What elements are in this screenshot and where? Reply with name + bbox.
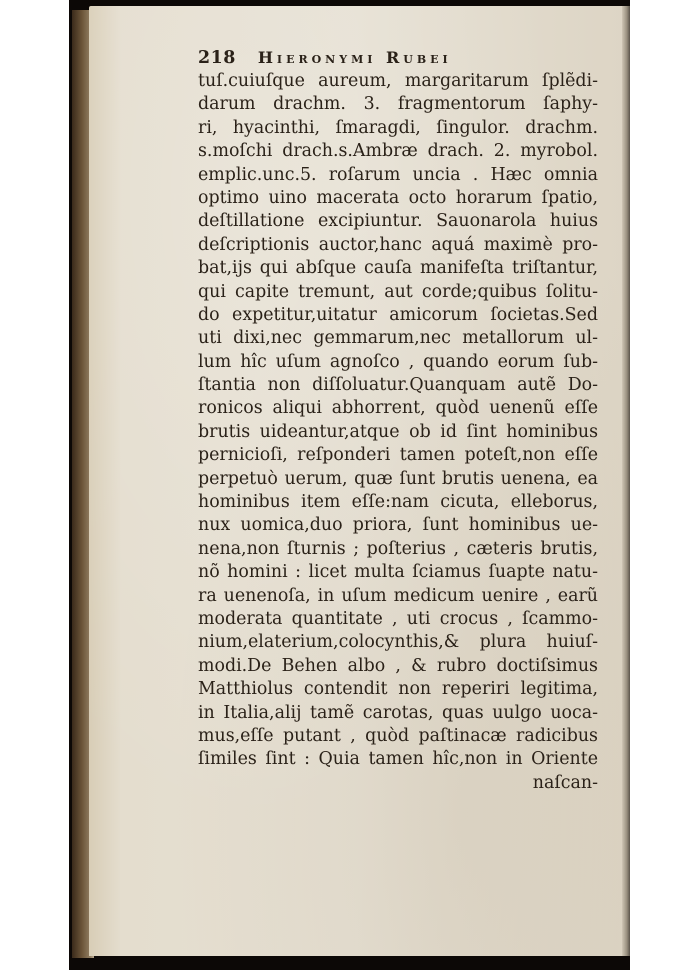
text-line: deſcriptionis auctor,hanc aquá maximè pr… <box>198 234 598 257</box>
text-line: nium,elaterium,colocynthis,& plura huiuſ… <box>198 631 598 654</box>
text-line: perpetuò uerum, quæ ſunt brutis uenena, … <box>198 468 598 491</box>
text-line: uti dixi,nec gemmarum,nec metallorum ul- <box>198 327 598 350</box>
text-line: nõ homini : licet multa ſciamus ſuapte n… <box>198 561 598 584</box>
text-line: nena,non ſturnis ; poſterius , cæteris b… <box>198 538 598 561</box>
text-line: pernicioſi, reſponderi tamen poteſt,non … <box>198 444 598 467</box>
text-line: modi.De Behen albo , & rubro doctiſsimus <box>198 655 598 678</box>
page-number: 218 <box>198 47 236 70</box>
text-line: do expetitur,uitatur amicorum ſocietas.S… <box>198 304 598 327</box>
text-line: ri, hyacinthi, ſmaragdi, ſingulor. drach… <box>198 117 598 140</box>
text-line: optimo uino macerata octo horarum ſpatio… <box>198 187 598 210</box>
text-line: Matthiolus contendit non reperiri legiti… <box>198 678 598 701</box>
text-line: ronicos aliqui abhorrent, quòd uenenũ eſ… <box>198 397 598 420</box>
text-line: deſtillatione excipiuntur. Sauonarola hu… <box>198 210 598 233</box>
text-line: qui capite tremunt, aut corde;quibus ſol… <box>198 281 598 304</box>
text-line: in Italia,alij tamẽ carotas, quas uulgo … <box>198 702 598 725</box>
page-text: 218 Hieronymi Rubei tuſ.cuiuſque aureum,… <box>198 46 598 795</box>
running-head-title: Hieronymi Rubei <box>258 46 452 69</box>
text-line: emplic.unc.5. roſarum uncia . Hæc omnia <box>198 164 598 187</box>
text-line: darum drachm. 3. fragmentorum ſaphy- <box>198 93 598 116</box>
text-line: hominibus item eſſe:nam cicuta, elleboru… <box>198 491 598 514</box>
text-line: moderata quantitate , uti crocus , ſcamm… <box>198 608 598 631</box>
text-line: bat,ijs qui abſque cauſa manifeſta triſt… <box>198 257 598 280</box>
catchword: naſcan- <box>198 772 598 795</box>
running-head: 218 Hieronymi Rubei <box>198 46 598 70</box>
text-line: lum hîc uſum agnoſco , quando eorum ſub- <box>198 351 598 374</box>
text-line: brutis uideantur,atque ob id ſint homini… <box>198 421 598 444</box>
text-line: ſtantia non diſſoluatur.Quanquam autẽ Do… <box>198 374 598 397</box>
page-edge <box>622 6 630 956</box>
text-line: s.moſchi drach.s.Ambræ drach. 2. myrobol… <box>198 140 598 163</box>
text-line: ſimiles ſint : Quia tamen hîc,non in Ori… <box>198 748 598 771</box>
text-line: nux uomica,duo priora, ſunt hominibus ue… <box>198 514 598 537</box>
text-line: tuſ.cuiuſque aureum, margaritarum ſplẽdi… <box>198 70 598 93</box>
text-line: ra uenenoſa, in uſum medicum uenire , ea… <box>198 585 598 608</box>
text-line: mus,eſſe putant , quòd paſtinacæ radicib… <box>198 725 598 748</box>
